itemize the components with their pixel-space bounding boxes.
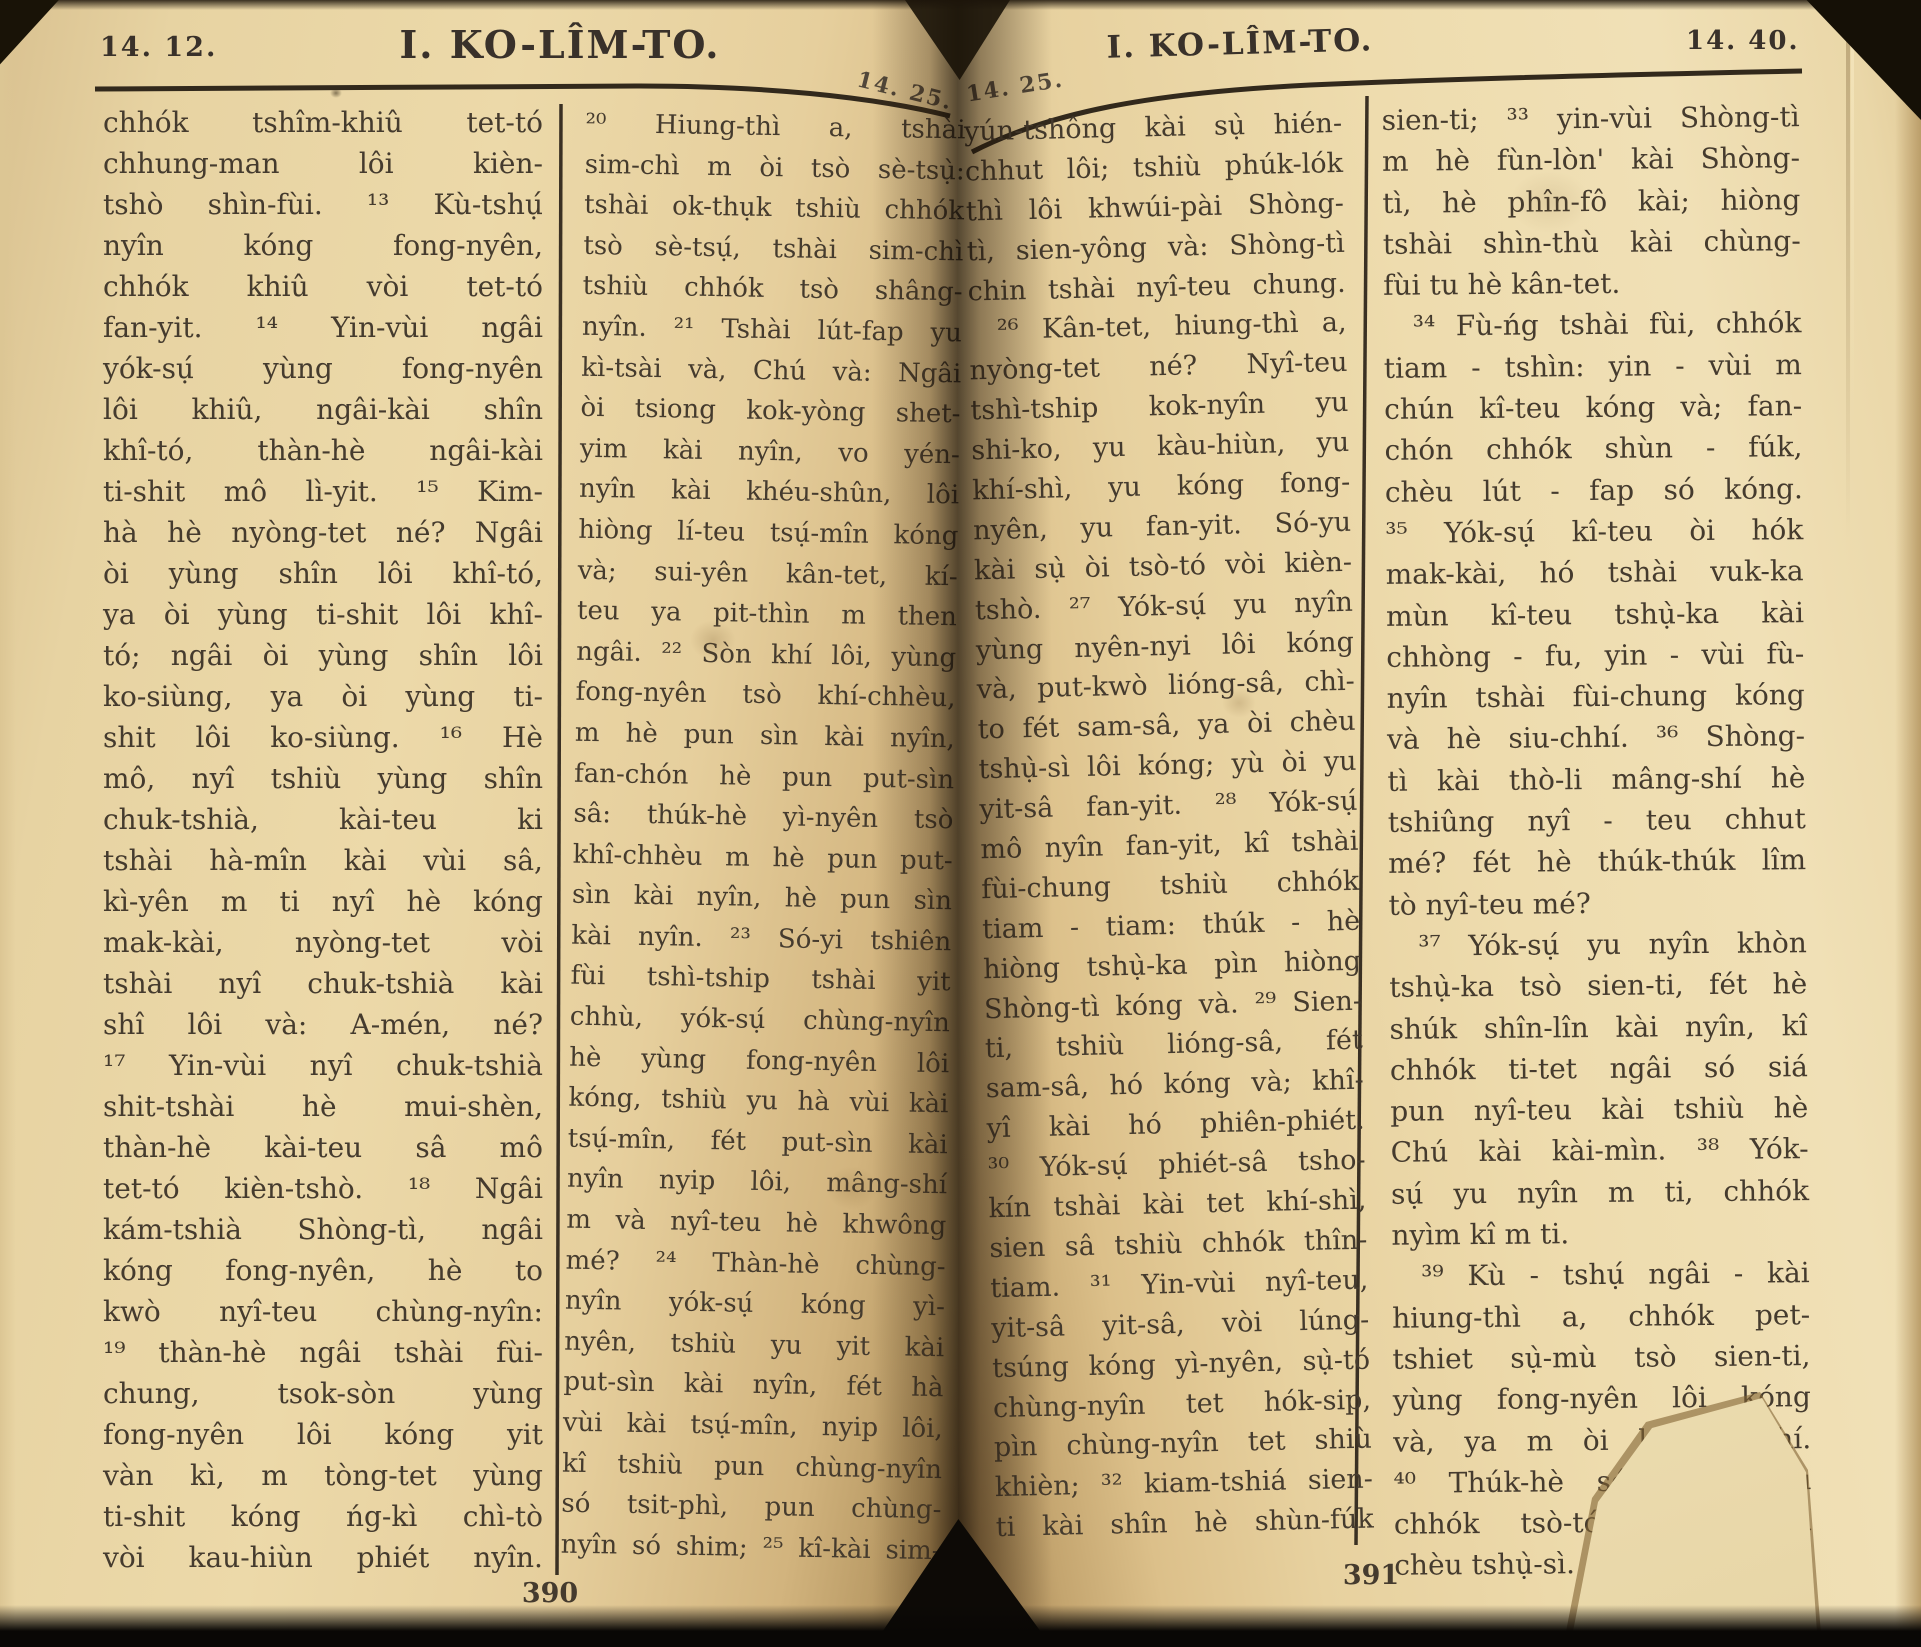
text-line: nyînnyiplôi,mâng-shí [567,1164,948,1211]
text-line: chuk-tshià,kài-teuki [103,803,543,844]
text-line: chhù,yók-sụ́chùng-nyîn [569,1002,950,1049]
text-line: ⁴⁰Thúk-hèsó-yukàisụ̀ [1393,1463,1811,1508]
text-line: tònyî-teumé? [1388,885,1806,930]
text-line: tsòsè-tsụ́,tshàisim-chì [583,231,964,278]
text-line: nyînsóshim;²⁵kî-kàisim- [560,1529,941,1576]
scan-edge-bottom [0,1605,1921,1647]
text-line: tshàihà-mînkàivùisâ, [103,844,543,885]
text-line: sótsit-phì,punchùng- [561,1489,942,1536]
text-line: put-sìnkàinyîn,féthà [563,1367,944,1414]
text-line: khî-chhèumhèpunput- [572,839,953,886]
text-line: mak-kài,hótshàivuk-ka [1385,554,1803,599]
text-line: ³⁷Yók-sụ́yunyînkhòn [1389,926,1807,971]
text-line: mé?féthèthúk-thúklîm [1388,844,1806,889]
text-line: mak-kài,nyòng-tetvòi [103,926,543,967]
text-line: kàinyîn.²³Só-yitshiên [571,921,952,968]
text-line: ³⁹Kù-tshụ́ngâi-kài [1392,1256,1810,1301]
text-line: ti-shitkóngńg-kìchì-tò [103,1500,543,1541]
text-line: tì,hèphîn-fôkài;hiòng [1382,183,1800,228]
text-line: tshietsụ̀-mùtsòsien-ti, [1392,1339,1810,1384]
paper-crease [1846,0,1850,540]
text-line: vùikàitsụ́-mîn,nyiplôi, [562,1408,943,1455]
text-line: sâ:thúk-hèyì-nyêntsò [573,799,954,846]
text-line: tìkàithò-limâng-shíhè [1387,761,1805,806]
text-line: tshiùchhóktsòshâng- [582,271,963,318]
page-number-right: 391 [1316,1560,1426,1591]
chapter-verse-ref-right-outer: 14. 40. [1686,26,1800,56]
book-title-left: I. KO-LÎM-TO. [300,22,820,67]
scan-edge-top [0,0,1921,10]
text-line: sìnkàinyîn,hèpunsìn [572,880,953,927]
text-line: teuyapit-thìnmthen [577,596,958,643]
text-line: ²⁰Hiung-thìa,tshài [585,109,966,156]
text-line: tshàiok-thụktshiùchhók [584,190,965,237]
text-line: nyìmkîmti. [1391,1215,1809,1260]
text-line: shit-tshàihèmui-shèn, [103,1090,543,1131]
text-line: chhóktsò-tóhàîpìn [1394,1504,1812,1549]
text-line: chung,tsok-sònyùng [103,1377,543,1418]
text-line: nyîn.²¹Tshàilút-fapyu [582,312,963,359]
text-column-right-inner: yún-tshôngkàisụ̀hién-chhutlôi;tshiùphúk-… [964,108,1374,1552]
text-line: nyînyók-sụ́kóngyì- [565,1286,946,1333]
text-line: kóngfong-nyên,hèto [103,1254,543,1295]
text-line: tsụ́-mîn,fétput-sìnkài [567,1123,948,1170]
text-line: yaòiyùngti-shitlôikhî- [103,598,543,639]
text-line: yùngfong-nyênlôikóng [1393,1380,1811,1425]
text-line: tó;ngâiòiyùngshînlôi [103,639,543,680]
text-line: hàhènyòng-tetné?Ngâi [103,516,543,557]
text-line: mhèfùn-lòn'kàiShòng- [1382,141,1800,186]
text-line: và,yamòikìm-chí. [1393,1422,1811,1467]
text-line: kì-yênmtinyîhèkóng [103,885,543,926]
text-line: mvànyî-teuhèkhwông [566,1205,947,1252]
text-line: nyînkàikhéu-shûn,lôi [579,474,960,521]
text-line: shúkshîn-lînkàinyîn,kî [1389,1009,1807,1054]
text-line: sien-ti;³³yin-vùiShòng-tì [1382,100,1800,145]
text-line: tshụ̀-katsòsien-ti,féthè [1389,967,1807,1012]
text-line: ¹⁹thàn-hèngâitshàifùi- [103,1336,543,1377]
text-line: vànkì,mtòng-tetyùng [103,1459,543,1500]
text-line: sim-chìmòitsòsè-tsụ̀: [584,149,965,196]
text-line: fan-chónhèpunput-sìn [574,758,955,805]
text-line: chèulút-fapsókóng. [1385,472,1803,517]
text-line: ngâi.²²Sònkhílôi,yùng [576,636,957,683]
text-line: tshàinyîchuk-tshiàkài [103,967,543,1008]
page-edge-left [0,0,16,1647]
text-line: yimkàinyîn,voyén- [579,433,960,480]
text-line: punnyî-teukàitshiùhè [1390,1091,1808,1136]
text-line: ti-shitmôlì-yit.¹⁵Kim- [103,475,543,516]
text-line: tshàishìn-thùkàichùng- [1383,224,1801,269]
text-line: fùitshì-tshiptshàiyit [570,961,951,1008]
text-line: òiyùngshînlôikhî-tó, [103,557,543,598]
text-line: hiung-thìa,chhókpet- [1392,1298,1810,1343]
text-line: kám-tshiàShòng-tì,ngâi [103,1213,543,1254]
text-line: lôikhiû,ngâi-kàishîn [103,393,543,434]
text-line: nyîntshàifùi-chungkóng [1387,678,1805,723]
text-line: mé?²⁴Thàn-hèchùng- [565,1245,946,1292]
text-line: tet-tókièn-tshò.¹⁸Ngâi [103,1172,543,1213]
text-line: khî-tó,thàn-hèngâi-kài [103,434,543,475]
text-line: mô,nyîtshiùyùngshîn [103,762,543,803]
text-line: kîtshiùpunchùng-nyîn [562,1448,943,1495]
text-line: mùnkî-teutshụ̀-kakài [1386,596,1804,641]
text-line: mhèpunsìnkàinyîn, [574,718,955,765]
text-line: vàhèsiu-chhí.³⁶Shòng- [1387,720,1805,765]
text-line: fong-nyênlôikóngyit [103,1418,543,1459]
text-line: chónchhókshùn-fúk, [1384,431,1802,476]
text-line: ko-siùng,yaòiyùngti- [103,680,543,721]
text-line: hiònglí-teutsụ́-mînkóng [578,515,959,562]
text-line: òitsiongkok-yòngshet- [580,393,961,440]
text-line: vòikau-hiùnphiétnyîn. [103,1541,543,1582]
text-line: ³⁵Yók-sụ́kî-teuòihók [1385,513,1803,558]
text-line: shîlôivà:A-mén,né? [103,1008,543,1049]
text-line: chhóktshîm-khiûtet-tó [103,106,543,147]
text-line: chúnkî-teukóngvà;fan- [1384,389,1802,434]
text-line: hèyùngfong-nyênlôi [569,1042,950,1089]
text-line: kì-tsàivà,Chúvà:Ngâi [581,352,962,399]
text-line: chhòng-fu,yin-vùifù- [1386,637,1804,682]
text-line: chèutshụ̀-sì. [1394,1546,1812,1591]
text-column-left-outer: chhóktshîm-khiûtet-tóchhung-manlôikièn-t… [103,106,543,1582]
text-line: chhókkhiûvòitet-tó [103,270,543,311]
text-column-left-inner: ²⁰Hiung-thìa,tshàisim-chìmòitsòsè-tsụ̀:t… [560,109,965,1577]
text-line: kwònyî-teuchùng-nyîn: [103,1295,543,1336]
page-edge-right [1895,0,1921,1647]
text-line: tshòshìn-fùi.¹³Kù-tshụ́ [103,188,543,229]
text-line: chhung-manlôikièn- [103,147,543,188]
chapter-verse-ref-left-outer: 14. 12. [100,32,217,63]
text-line: kóng,tshiùyuhàvùikài [568,1083,949,1130]
text-line: chhókti-tetngâisósiá [1390,1050,1808,1095]
column-divider-left [557,104,561,1575]
text-line: fong-nyêntsòkhí-chhèu, [575,677,956,724]
text-line: fan-yit.¹⁴Yin-vùingâi [103,311,543,352]
text-line: tiam-tshìn:yin-vùim [1384,348,1802,393]
text-line: fùituhèkân-tet. [1383,265,1801,310]
text-line: ¹⁷Yin-vùinyîchuk-tshià [103,1049,543,1090]
book-scan-spread: 14. 12. I. KO-LÎM-TO. 14. 25. 14. 25. I.… [0,0,1921,1647]
text-line: sụ́yunyînmti,chhók [1391,1174,1809,1219]
text-column-right-outer: sien-ti;³³yin-vùiShòng-tìmhèfùn-lòn'kàiS… [1382,100,1813,1590]
paper-crease-highlight [1851,0,1854,420]
text-line: nyînkóngfong-nyên, [103,229,543,270]
text-line: ³⁴Fù-ńgtshàifùi,chhók [1383,307,1801,352]
text-line: yók-sụ́yùngfong-nyên [103,352,543,393]
text-line: shitlôiko-siùng.¹⁶Hè [103,721,543,762]
text-line: tshiûngnyî-teuchhut [1388,802,1806,847]
text-line: và;sui-yênkân-tet,kí- [577,555,958,602]
text-line: nyên,tshiùyuyitkài [564,1326,945,1373]
text-line: thàn-hèkài-teusâmô [103,1131,543,1172]
text-line: Chúkàikài-mìn.³⁸Yók- [1391,1133,1809,1178]
